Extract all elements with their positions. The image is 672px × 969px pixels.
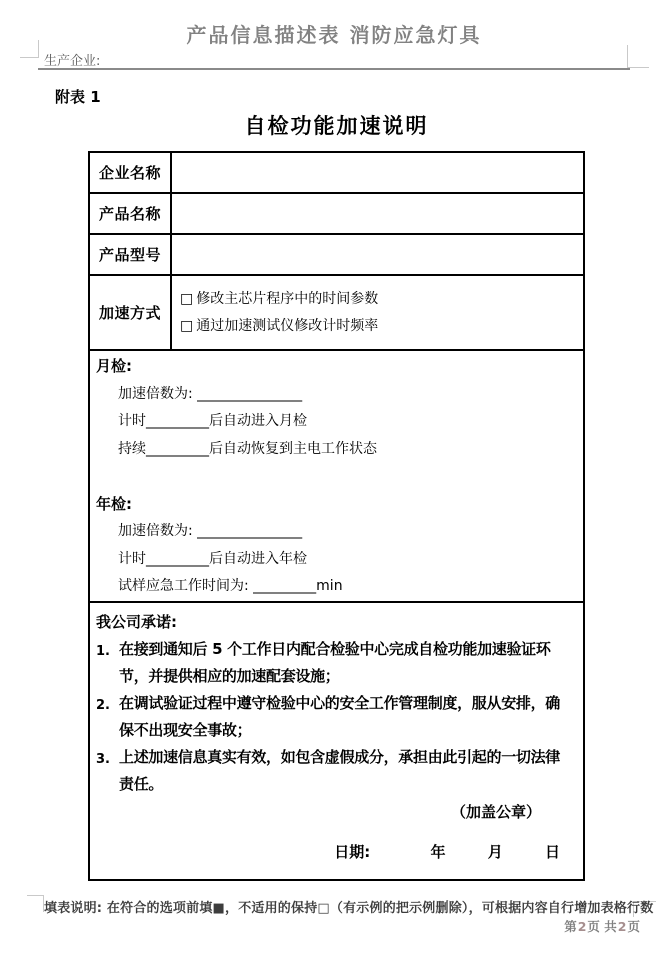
date-year-label: 年	[430, 843, 445, 861]
monthly-duration-line: 持续_________后自动恢复到主电工作状态	[96, 436, 575, 464]
text-boundary-mark-top-left	[20, 40, 39, 58]
row-label-company-name: 企业名称	[90, 153, 172, 192]
monthly-check-section: 月检: 加速倍数为: _______________ 计时_________后自…	[96, 353, 575, 463]
promise-item-3: 3. 上述加速信息真实有效，如包含虚假成分，承担由此引起的一切法律责任。	[96, 744, 573, 798]
acceleration-option-tester-frequency[interactable]: □ 通过加速测试仪修改计时频率	[180, 317, 583, 335]
annual-timer-line: 计时_________后自动进入年检	[96, 546, 575, 574]
row-label-product-model: 产品型号	[90, 235, 172, 274]
total-page-number: 2	[617, 919, 628, 934]
row-label-product-name: 产品名称	[90, 194, 172, 233]
company-seal-note: （加盖公章）	[451, 801, 541, 822]
promise-item-text: 在接到通知后 5 个工作日内配合检验中心完成自检功能加速验证环节，并提供相应的加…	[119, 636, 573, 690]
monthly-check-heading: 月检:	[96, 353, 575, 381]
date-label: 日期:	[334, 843, 370, 861]
page-number-mid: 页 共	[587, 919, 616, 934]
table-row-product-model: 产品型号	[90, 235, 583, 276]
page-number-indicator: 第2页 共2页	[564, 917, 640, 935]
date-day-label: 日	[545, 843, 560, 861]
company-name-value-cell[interactable]	[172, 153, 583, 192]
option-label: 通过加速测试仪修改计时频率	[196, 317, 378, 335]
text-boundary-mark-bottom-left	[27, 895, 44, 912]
attachment-label: 附表 1	[55, 86, 101, 107]
table-row-company-name: 企业名称	[90, 153, 583, 194]
page-number-suffix: 页	[627, 919, 640, 934]
text-boundary-mark-top-right	[627, 45, 649, 68]
product-model-value-cell[interactable]	[172, 235, 583, 274]
checkbox-icon[interactable]: □	[180, 290, 193, 308]
date-month-label: 月	[488, 843, 503, 861]
promise-item-number: 2.	[96, 690, 119, 744]
document-header-title: 产品信息描述表 消防应急灯具	[38, 19, 630, 48]
table-row-check-sections: 月检: 加速倍数为: _______________ 计时_________后自…	[90, 351, 583, 603]
form-table: 企业名称 产品名称 产品型号 加速方式 □ 修改主芯片程序中的时间参数 □ 通过…	[88, 151, 585, 881]
table-row-product-name: 产品名称	[90, 194, 583, 235]
form-title: 自检功能加速说明	[88, 110, 585, 140]
acceleration-options: □ 修改主芯片程序中的时间参数 □ 通过加速测试仪修改计时频率	[172, 276, 583, 349]
checkbox-icon[interactable]: □	[180, 317, 193, 335]
promise-item-number: 3.	[96, 744, 119, 798]
table-row-company-promise: 我公司承诺: 1. 在接到通知后 5 个工作日内配合检验中心完成自检功能加速验证…	[90, 603, 583, 879]
monthly-multiplier-line: 加速倍数为: _______________	[96, 381, 575, 409]
annual-multiplier-line: 加速倍数为: _______________	[96, 518, 575, 546]
product-name-value-cell[interactable]	[172, 194, 583, 233]
page-number-prefix: 第	[564, 919, 577, 934]
promise-heading: 我公司承诺:	[96, 609, 573, 636]
current-page-number: 2	[577, 919, 588, 934]
promise-item-2: 2. 在调试验证过程中遵守检验中心的安全工作管理制度，服从安排，确保不出现安全事…	[96, 690, 573, 744]
row-label-acceleration-method: 加速方式	[90, 276, 172, 349]
acceleration-option-chip-program[interactable]: □ 修改主芯片程序中的时间参数	[180, 290, 583, 308]
annual-check-section: 年检: 加速倍数为: _______________ 计时_________后自…	[96, 491, 575, 601]
document-page: 产品信息描述表 消防应急灯具 生产企业: 附表 1 自检功能加速说明 企业名称 …	[0, 0, 672, 969]
promise-item-text: 在调试验证过程中遵守检验中心的安全工作管理制度，服从安排，确保不出现安全事故；	[119, 690, 573, 744]
promise-item-text: 上述加速信息真实有效，如包含虚假成分，承担由此引起的一切法律责任。	[119, 744, 573, 798]
date-line: 日期: 年 月 日	[334, 841, 560, 862]
promise-item-number: 1.	[96, 636, 119, 690]
header-divider-line	[38, 68, 630, 70]
option-label: 修改主芯片程序中的时间参数	[196, 290, 378, 308]
annual-check-heading: 年检:	[96, 491, 575, 519]
table-row-acceleration-method: 加速方式 □ 修改主芯片程序中的时间参数 □ 通过加速测试仪修改计时频率	[90, 276, 583, 351]
fill-instructions-note: 填表说明: 在符合的选项前填■，不适用的保持□（有示例的把示例删除），可根据内容…	[44, 897, 644, 916]
promise-item-1: 1. 在接到通知后 5 个工作日内配合检验中心完成自检功能加速验证环节，并提供相…	[96, 636, 573, 690]
monthly-timer-line: 计时_________后自动进入月检	[96, 408, 575, 436]
producer-label: 生产企业:	[44, 50, 100, 69]
annual-emergency-time-line: 试样应急工作时间为: _________min	[96, 573, 575, 601]
